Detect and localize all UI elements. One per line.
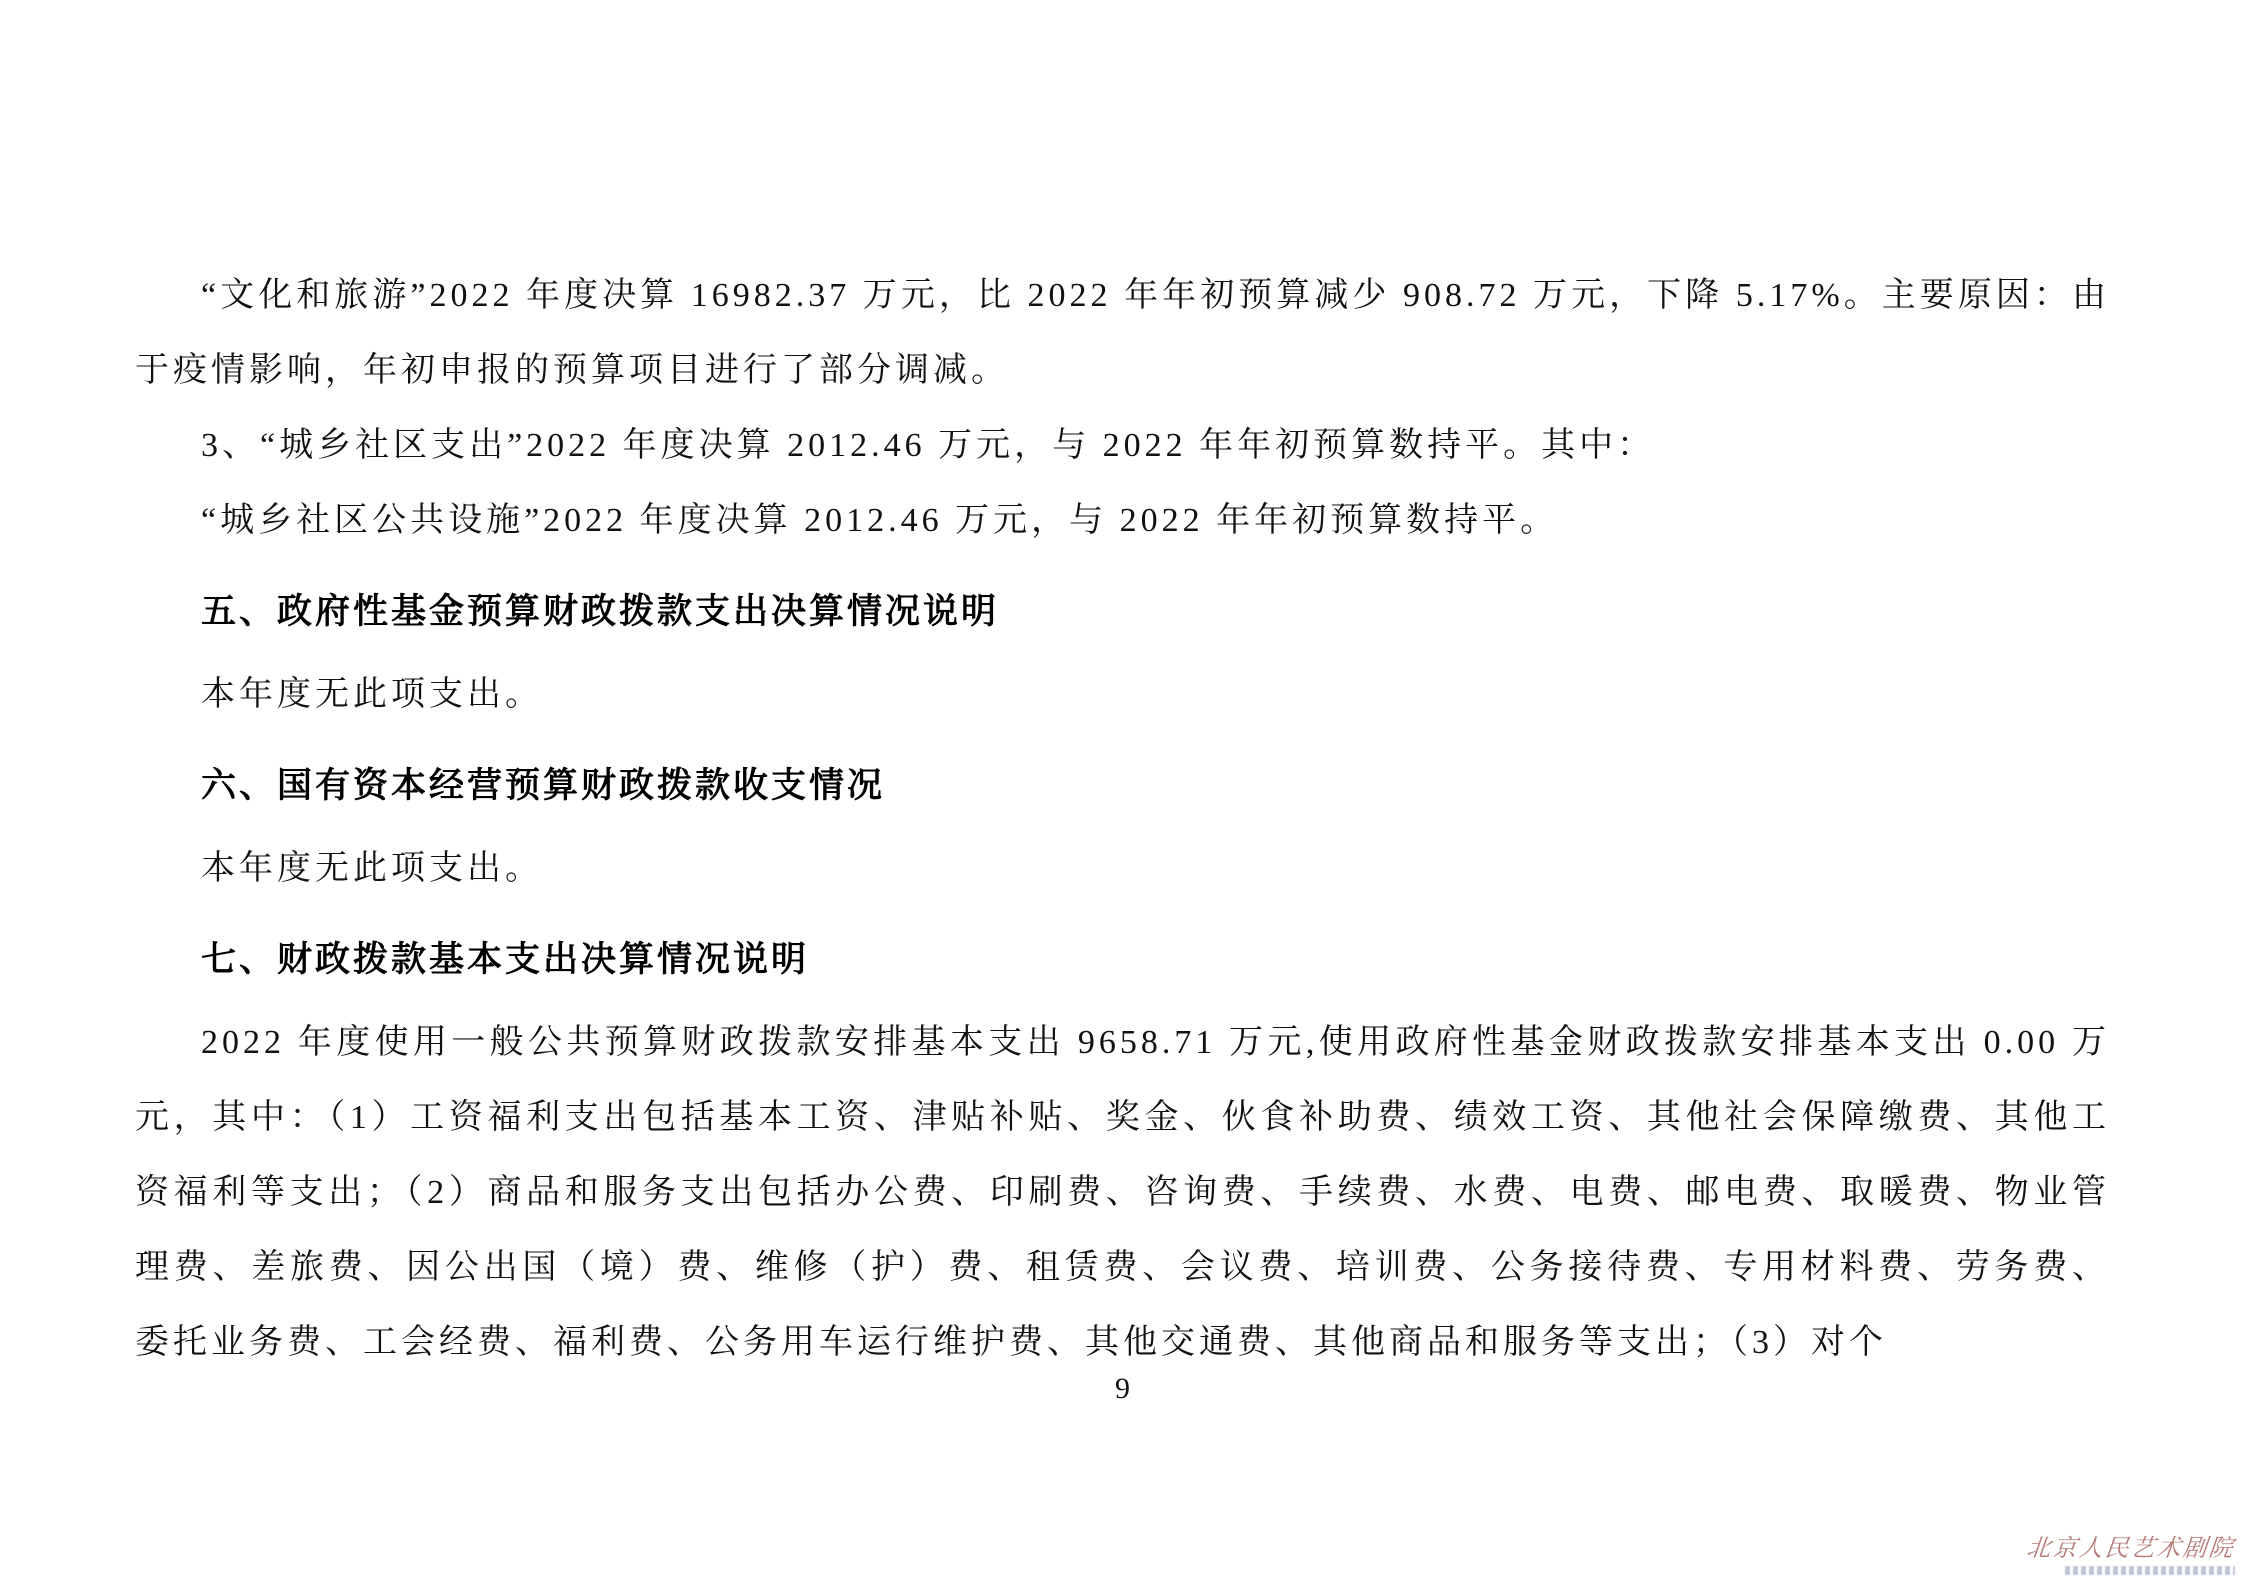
heading-section-7-basic-expenditure: 七、财政拨款基本支出决算情况说明 <box>135 922 2110 997</box>
document-page: “文化和旅游”2022 年度决算 16982.37 万元，比 2022 年年初预… <box>0 0 2245 1587</box>
paragraph-culture-tourism-budget: “文化和旅游”2022 年度决算 16982.37 万元，比 2022 年年初预… <box>135 258 2110 408</box>
heading-section-5-government-fund-budget: 五、政府性基金预算财政拨款支出决算情况说明 <box>135 574 2110 649</box>
paragraph-no-expenditure-section-5: 本年度无此项支出。 <box>135 657 2110 732</box>
watermark-stamp: 北京人民艺术剧院 <box>2027 1528 2235 1575</box>
paragraph-no-expenditure-section-6: 本年度无此项支出。 <box>135 831 2110 906</box>
watermark-text: 北京人民艺术剧院 <box>2025 1528 2237 1563</box>
page-number: 9 <box>0 1372 2245 1406</box>
paragraph-community-public-facilities: “城乡社区公共设施”2022 年度决算 2012.46 万元，与 2022 年年… <box>135 483 2110 558</box>
heading-section-6-state-capital-budget: 六、国有资本经营预算财政拨款收支情况 <box>135 748 2110 823</box>
watermark-subtext-decoration <box>2065 1566 2235 1575</box>
paragraph-urban-rural-community-expenditure: 3、“城乡社区支出”2022 年度决算 2012.46 万元，与 2022 年年… <box>135 408 2110 483</box>
paragraph-basic-expenditure-detail: 2022 年度使用一般公共预算财政拨款安排基本支出 9658.71 万元,使用政… <box>135 1005 2110 1380</box>
